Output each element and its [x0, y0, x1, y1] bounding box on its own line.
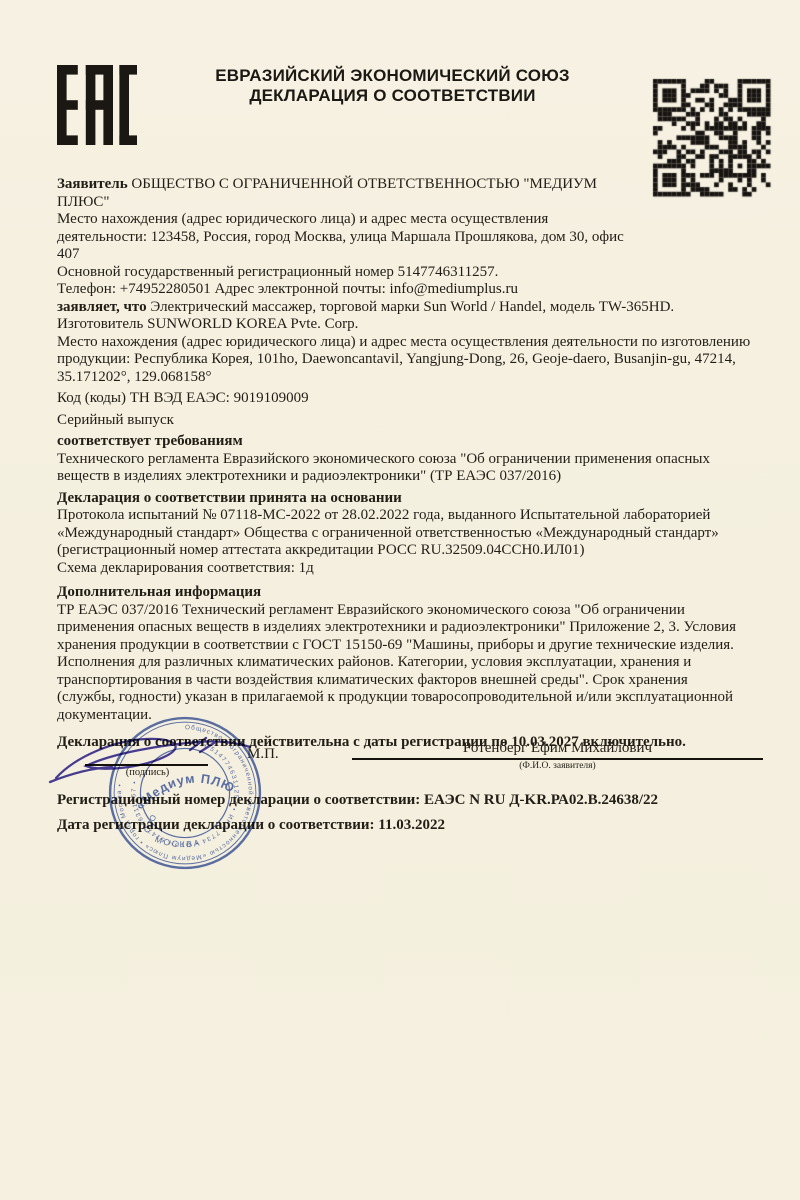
- doc-line: веществ в изделиях электротехники и ради…: [57, 468, 767, 486]
- doc-line: Исполнения для различных климатических р…: [57, 654, 767, 672]
- conforms-heading: соответствует требованиям: [57, 433, 767, 451]
- tnved-code-line: Код (коды) ТН ВЭД ЕАЭС: 9019109009: [57, 390, 767, 408]
- doc-line: Протокола испытаний № 07118-МС-2022 от 2…: [57, 507, 767, 525]
- doc-line: (службы, годности) указан в прилагаемой …: [57, 689, 767, 707]
- doc-line: хранения продукции в соответствии с ГОСТ…: [57, 637, 767, 655]
- serial-release-line: Серийный выпуск: [57, 412, 767, 430]
- doc-line: деятельности: 123458, Россия, город Моск…: [57, 229, 767, 247]
- doc-line: Изготовитель SUNWORLD KOREA Pvte. Corp.: [57, 316, 767, 334]
- doc-line: 35.171202°, 129.068158°: [57, 369, 767, 387]
- basis-heading: Декларация о соответствии принята на осн…: [57, 490, 767, 508]
- declarant-name-line: [352, 758, 763, 760]
- doc-line: заявляет, что Электрический массажер, то…: [57, 299, 767, 317]
- handwritten-signature: [40, 726, 270, 790]
- doc-line: Телефон: +74952280501 Адрес электронной …: [57, 281, 767, 299]
- title-line-2: ДЕКЛАРАЦИЯ О СООТВЕТСТВИИ: [170, 86, 615, 106]
- doc-line: Схема декларирования соответствия: 1д: [57, 560, 767, 578]
- declaration-document: ЕВРАЗИЙСКИЙ ЭКОНОМИЧЕСКИЙ СОЮЗ ДЕКЛАРАЦИ…: [0, 0, 800, 1200]
- document-body: Заявитель ОБЩЕСТВО С ОГРАНИЧЕННОЙ ОТВЕТС…: [57, 176, 767, 752]
- doc-line: ПЛЮС": [57, 194, 767, 212]
- doc-line: (регистрационный номер аттестата аккреди…: [57, 542, 767, 560]
- additional-info-heading: Дополнительная информация: [57, 584, 767, 602]
- document-title: ЕВРАЗИЙСКИЙ ЭКОНОМИЧЕСКИЙ СОЮЗ ДЕКЛАРАЦИ…: [170, 66, 615, 106]
- doc-line: Место нахождения (адрес юридического лиц…: [57, 211, 767, 229]
- declarant-name-caption: (Ф.И.О. заявителя): [352, 761, 763, 771]
- doc-line: 407: [57, 246, 767, 264]
- eac-logo: [57, 64, 137, 146]
- title-line-1: ЕВРАЗИЙСКИЙ ЭКОНОМИЧЕСКИЙ СОЮЗ: [170, 66, 615, 86]
- doc-line: Технического регламента Евразийского эко…: [57, 451, 767, 469]
- doc-line: продукции: Республика Корея, 101ho, Daew…: [57, 351, 767, 369]
- declares-label: заявляет, что: [57, 299, 147, 315]
- declarant-name: Ротенберг Ефим Михайлович: [352, 740, 763, 757]
- doc-line: транспортирования в части воздействия кл…: [57, 672, 767, 690]
- doc-line: Место нахождения (адрес юридического лиц…: [57, 334, 767, 352]
- doc-line: Основной государственный регистрационный…: [57, 264, 767, 282]
- applicant-label: Заявитель: [57, 176, 128, 192]
- doc-line: применения опасных веществ в изделиях эл…: [57, 619, 767, 637]
- doc-line: Заявитель ОБЩЕСТВО С ОГРАНИЧЕННОЙ ОТВЕТС…: [57, 176, 767, 194]
- doc-line: ТР ЕАЭС 037/2016 Технический регламент Е…: [57, 602, 767, 620]
- doc-line: «Международный стандарт» Общества с огра…: [57, 525, 767, 543]
